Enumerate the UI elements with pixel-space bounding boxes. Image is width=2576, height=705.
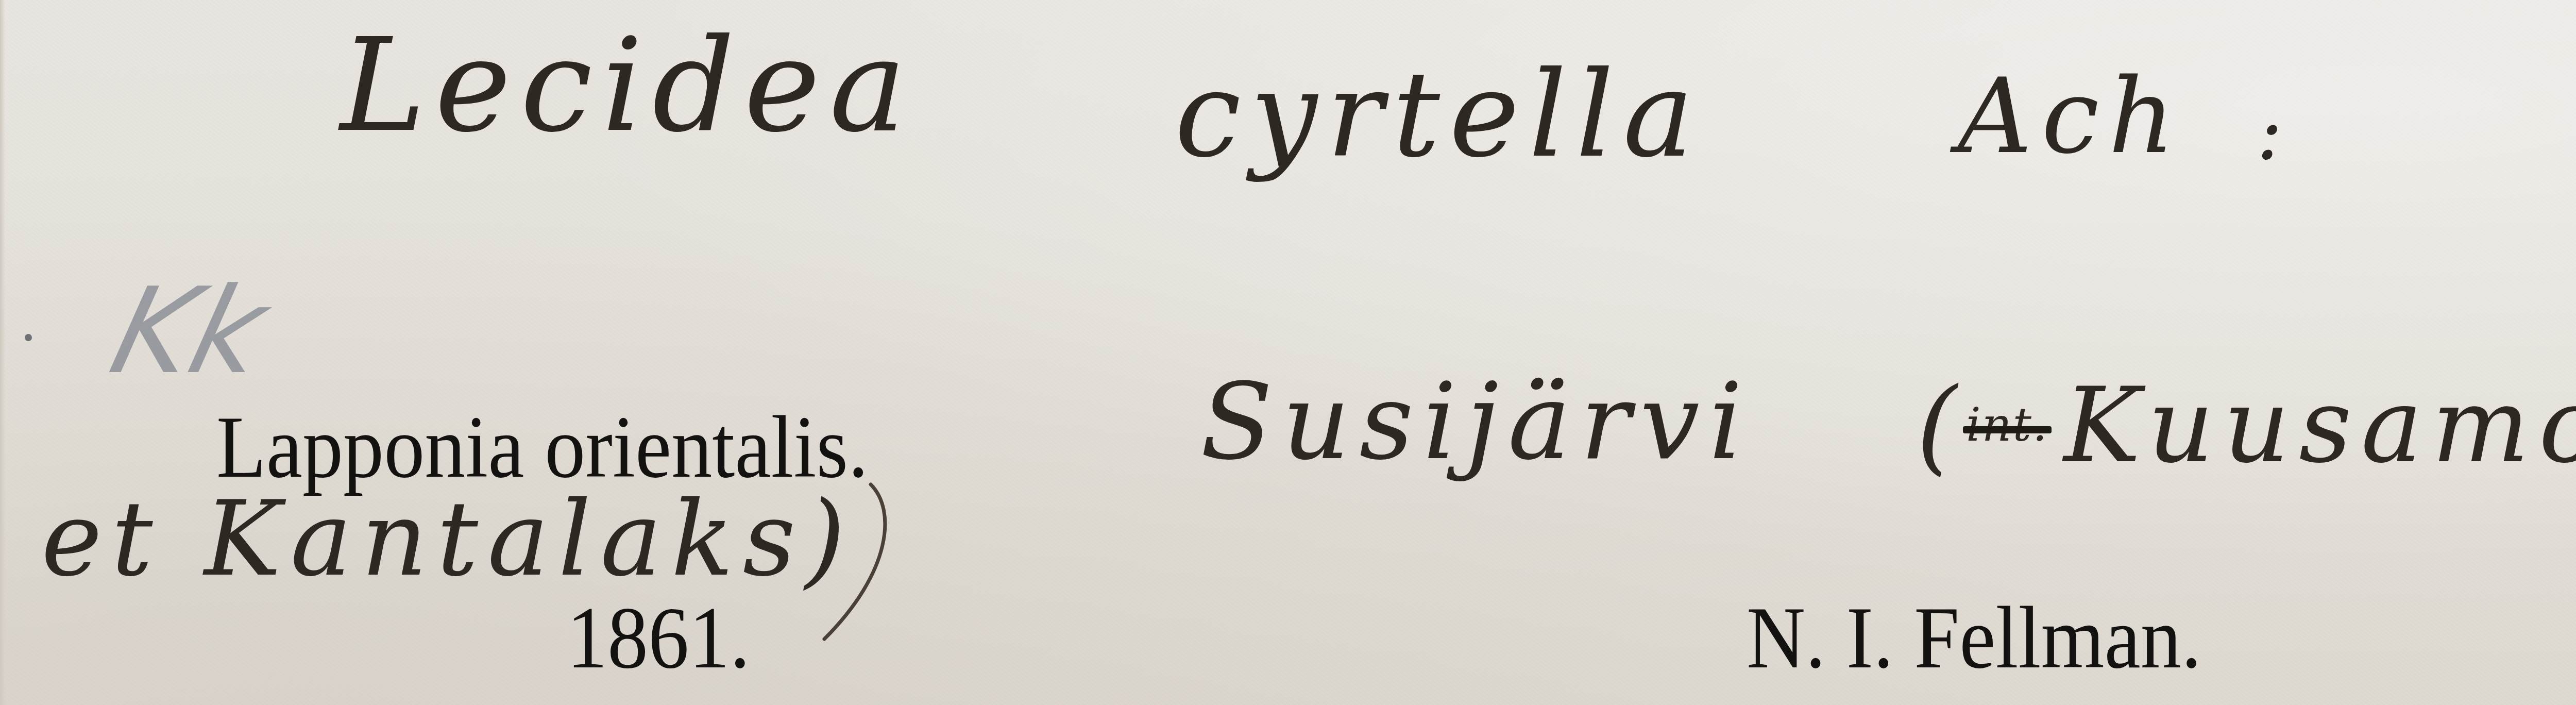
- handwritten-locality: Susijärvi: [1200, 361, 1752, 483]
- taxon-genus: Lecidea: [340, 10, 916, 160]
- note-place-1: Kuusamo: [2064, 366, 2576, 486]
- paper-left-edge: [0, 0, 5, 705]
- note-connector: et: [41, 479, 162, 599]
- taxon-trailing-mark: :: [2257, 88, 2283, 177]
- struck-word: int.: [1966, 398, 2048, 452]
- specimen-label: Lecidea cyrtella Ach : Kk Lapponia orien…: [0, 0, 2576, 705]
- note-place-2: Kantalaks: [204, 479, 805, 599]
- struck-abbreviation: int.: [1966, 398, 2048, 452]
- note-close-paren: ): [805, 479, 854, 599]
- collector-name: N. I. Fellman.: [1747, 587, 2201, 689]
- pencil-dot: [25, 334, 32, 341]
- collection-year: 1861.: [567, 587, 750, 689]
- note-open-paren: (: [1917, 366, 1966, 486]
- locality-note-line-2: et Kantalaks): [41, 479, 854, 599]
- taxon-authority: Ach: [1958, 57, 2184, 177]
- taxon-epithet: cyrtella: [1175, 46, 1703, 184]
- locality-note-line-1: (int.interKuusamo: [1917, 366, 2576, 486]
- pencil-annotation: Kk: [99, 263, 280, 400]
